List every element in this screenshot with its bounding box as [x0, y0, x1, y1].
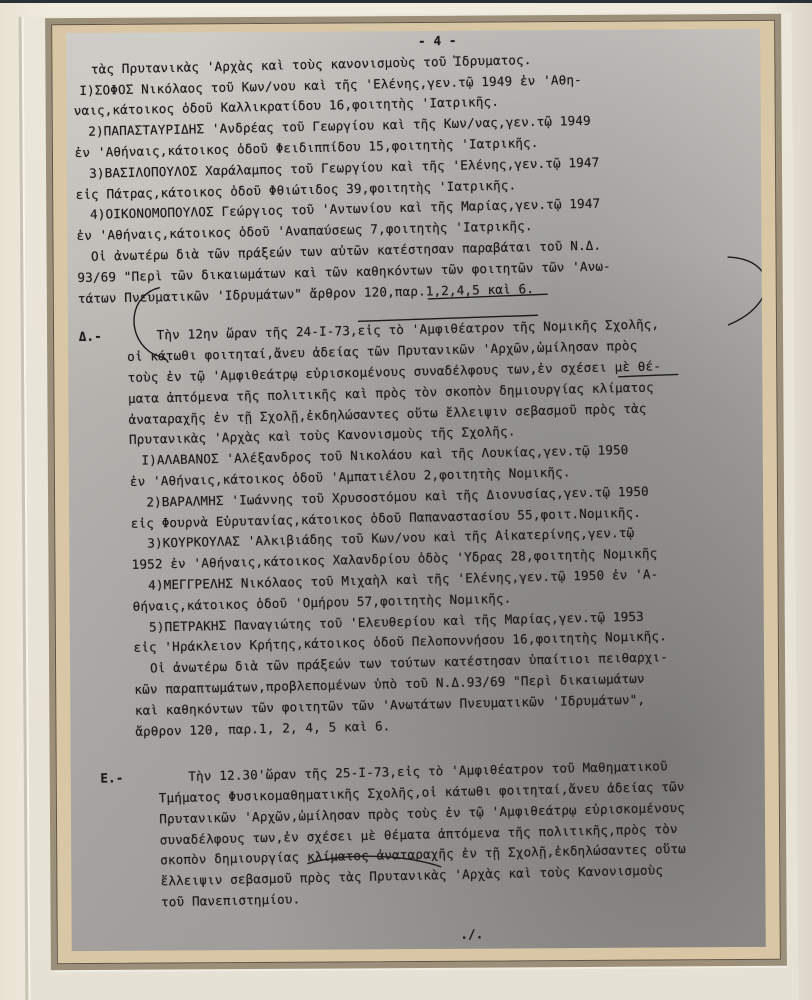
frame-bevel: - 4 - τὰς Πρυτανικὰς 'Αρχὰς καὶ τοὺς καν…	[45, 14, 787, 970]
page-text: - 4 - τὰς Πρυτανικὰς 'Αρχὰς καὶ τοὺς καν…	[72, 29, 766, 951]
end-mark: ./.	[92, 918, 766, 951]
section-e: Ε.- Τὴν 12.30'ὥραν τῆς 25-I-73,εἰς τὸ 'Α…	[88, 754, 766, 915]
intro-block: τὰς Πρυτανικὰς 'Αρχὰς καὶ τοὺς κανονισμο…	[73, 45, 766, 310]
section-d-label: Δ.-	[79, 327, 103, 348]
typewritten-page: - 4 - τὰς Πρυτανικὰς 'Αρχὰς καὶ τοὺς καν…	[66, 29, 766, 951]
section-d: Δ.- Τὴν 12ην ὥραν τῆς 24-I-73,εἰς τὸ 'Αμ…	[79, 312, 766, 743]
frame-mat: - 4 - τὰς Πρυτανικὰς 'Αρχὰς καὶ τοὺς καν…	[51, 20, 781, 964]
section-e-label: Ε.-	[100, 768, 124, 789]
